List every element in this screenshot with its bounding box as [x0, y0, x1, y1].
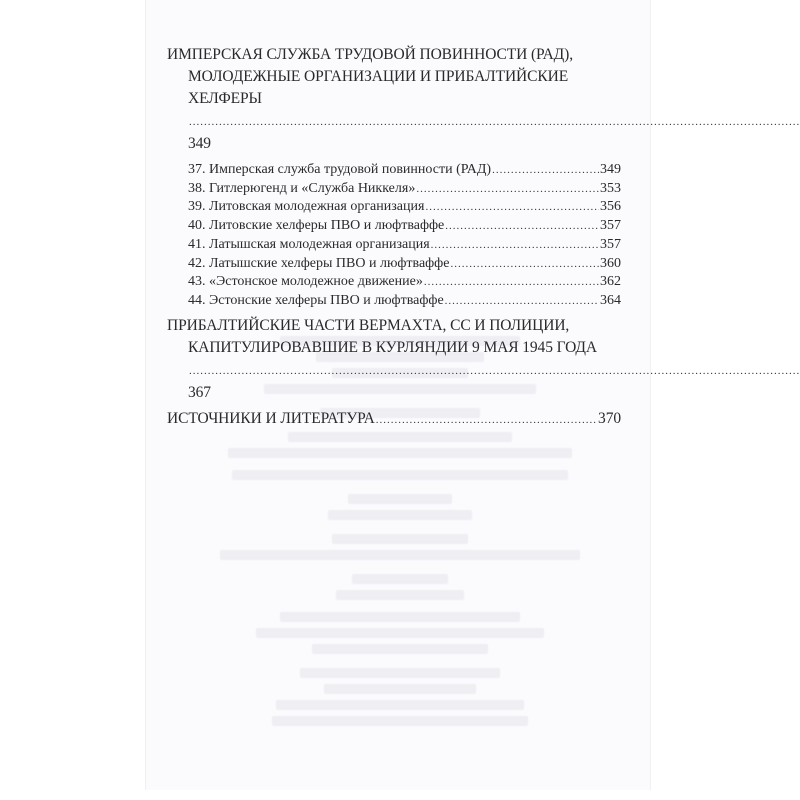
page-number: 362 — [600, 273, 621, 291]
page-number: 364 — [600, 292, 621, 310]
page-number: 370 — [598, 408, 621, 430]
toc-section-rad[interactable]: ИМПЕРСКАЯ СЛУЖБА ТРУДОВОЙ ПОВИННОСТИ (РА… — [167, 44, 621, 155]
table-of-contents: ИМПЕРСКАЯ СЛУЖБА ТРУДОВОЙ ПОВИННОСТИ (РА… — [167, 44, 621, 431]
section-title-line: ИМПЕРСКАЯ СЛУЖБА ТРУДОВОЙ ПОВИННОСТИ (РА… — [167, 44, 621, 66]
toc-subitems: 37. Имперская служба трудовой повинности… — [167, 161, 621, 311]
section-title-leader: КАПИТУЛИРОВАВШИЕ В КУРЛЯНДИИ 9 МАЯ 1945 … — [167, 337, 621, 404]
toc-item[interactable]: 42. Латышские хелферы ПВО и люфтваффе 36… — [188, 255, 621, 274]
toc-item-title: 39. Литовская молодежная организация — [188, 198, 424, 216]
section-title-leader: ХЕЛФЕРЫ 349 — [167, 88, 621, 155]
dot-leader — [424, 274, 599, 292]
toc-item[interactable]: 44. Эстонские хелферы ПВО и люфтваффе 36… — [188, 292, 621, 311]
page-number: 360 — [600, 255, 621, 273]
page-number: 349 — [600, 161, 621, 179]
page-number: 353 — [600, 180, 621, 198]
page-number: 357 — [600, 236, 621, 254]
section-title-line: ИСТОЧНИКИ И ЛИТЕРАТУРА — [167, 408, 375, 430]
dot-leader — [431, 237, 599, 255]
toc-item-title: 38. Гитлерюгенд и «Служба Никкеля» — [188, 180, 415, 198]
toc-item[interactable]: 37. Имперская служба трудовой повинности… — [188, 161, 621, 180]
toc-item[interactable]: 39. Литовская молодежная организация 356 — [188, 198, 621, 217]
section-title-leader: ИСТОЧНИКИ И ЛИТЕРАТУРА 370 — [167, 408, 621, 431]
dot-leader — [425, 199, 599, 217]
section-title-line: МОЛОДЕЖНЫЕ ОРГАНИЗАЦИИ И ПРИБАЛТИЙСКИЕ — [167, 66, 621, 88]
page-number: 356 — [600, 198, 621, 216]
toc-item[interactable]: 43. «Эстонское молодежное движение» 362 — [188, 273, 621, 292]
page-number: 367 — [188, 384, 211, 401]
dot-leader — [189, 116, 800, 128]
page-number: 349 — [188, 135, 211, 152]
dot-leader — [376, 409, 597, 431]
toc-item-title: 44. Эстонские хелферы ПВО и люфтваффе — [188, 292, 444, 310]
section-title-line: ХЕЛФЕРЫ — [188, 90, 262, 107]
toc-item-title: 37. Имперская служба трудовой повинности… — [188, 161, 491, 179]
toc-section-baltic-units[interactable]: ПРИБАЛТИЙСКИЕ ЧАСТИ ВЕРМАХТА, СС И ПОЛИЦ… — [167, 315, 621, 404]
dot-leader — [189, 365, 800, 377]
toc-item[interactable]: 38. Гитлерюгенд и «Служба Никкеля» 353 — [188, 180, 621, 199]
section-title-line: КАПИТУЛИРОВАВШИЕ В КУРЛЯНДИИ 9 МАЯ 1945 … — [188, 339, 597, 356]
toc-item-title: 43. «Эстонское молодежное движение» — [188, 273, 423, 291]
toc-item-title: 41. Латышская молодежная организация — [188, 236, 430, 254]
toc-section-sources[interactable]: ИСТОЧНИКИ И ЛИТЕРАТУРА 370 — [167, 408, 621, 431]
dot-leader — [450, 256, 599, 274]
page-number: 357 — [600, 217, 621, 235]
toc-item[interactable]: 40. Литовские хелферы ПВО и люфтваффе 35… — [188, 217, 621, 236]
section-title-line: ПРИБАЛТИЙСКИЕ ЧАСТИ ВЕРМАХТА, СС И ПОЛИЦ… — [167, 315, 621, 337]
toc-item-title: 42. Латышские хелферы ПВО и люфтваффе — [188, 255, 449, 273]
toc-item-title: 40. Литовские хелферы ПВО и люфтваффе — [188, 217, 444, 235]
dot-leader — [445, 218, 599, 236]
dot-leader — [445, 293, 599, 311]
dot-leader — [416, 181, 599, 199]
toc-item[interactable]: 41. Латышская молодежная организация 357 — [188, 236, 621, 255]
dot-leader — [492, 162, 599, 180]
